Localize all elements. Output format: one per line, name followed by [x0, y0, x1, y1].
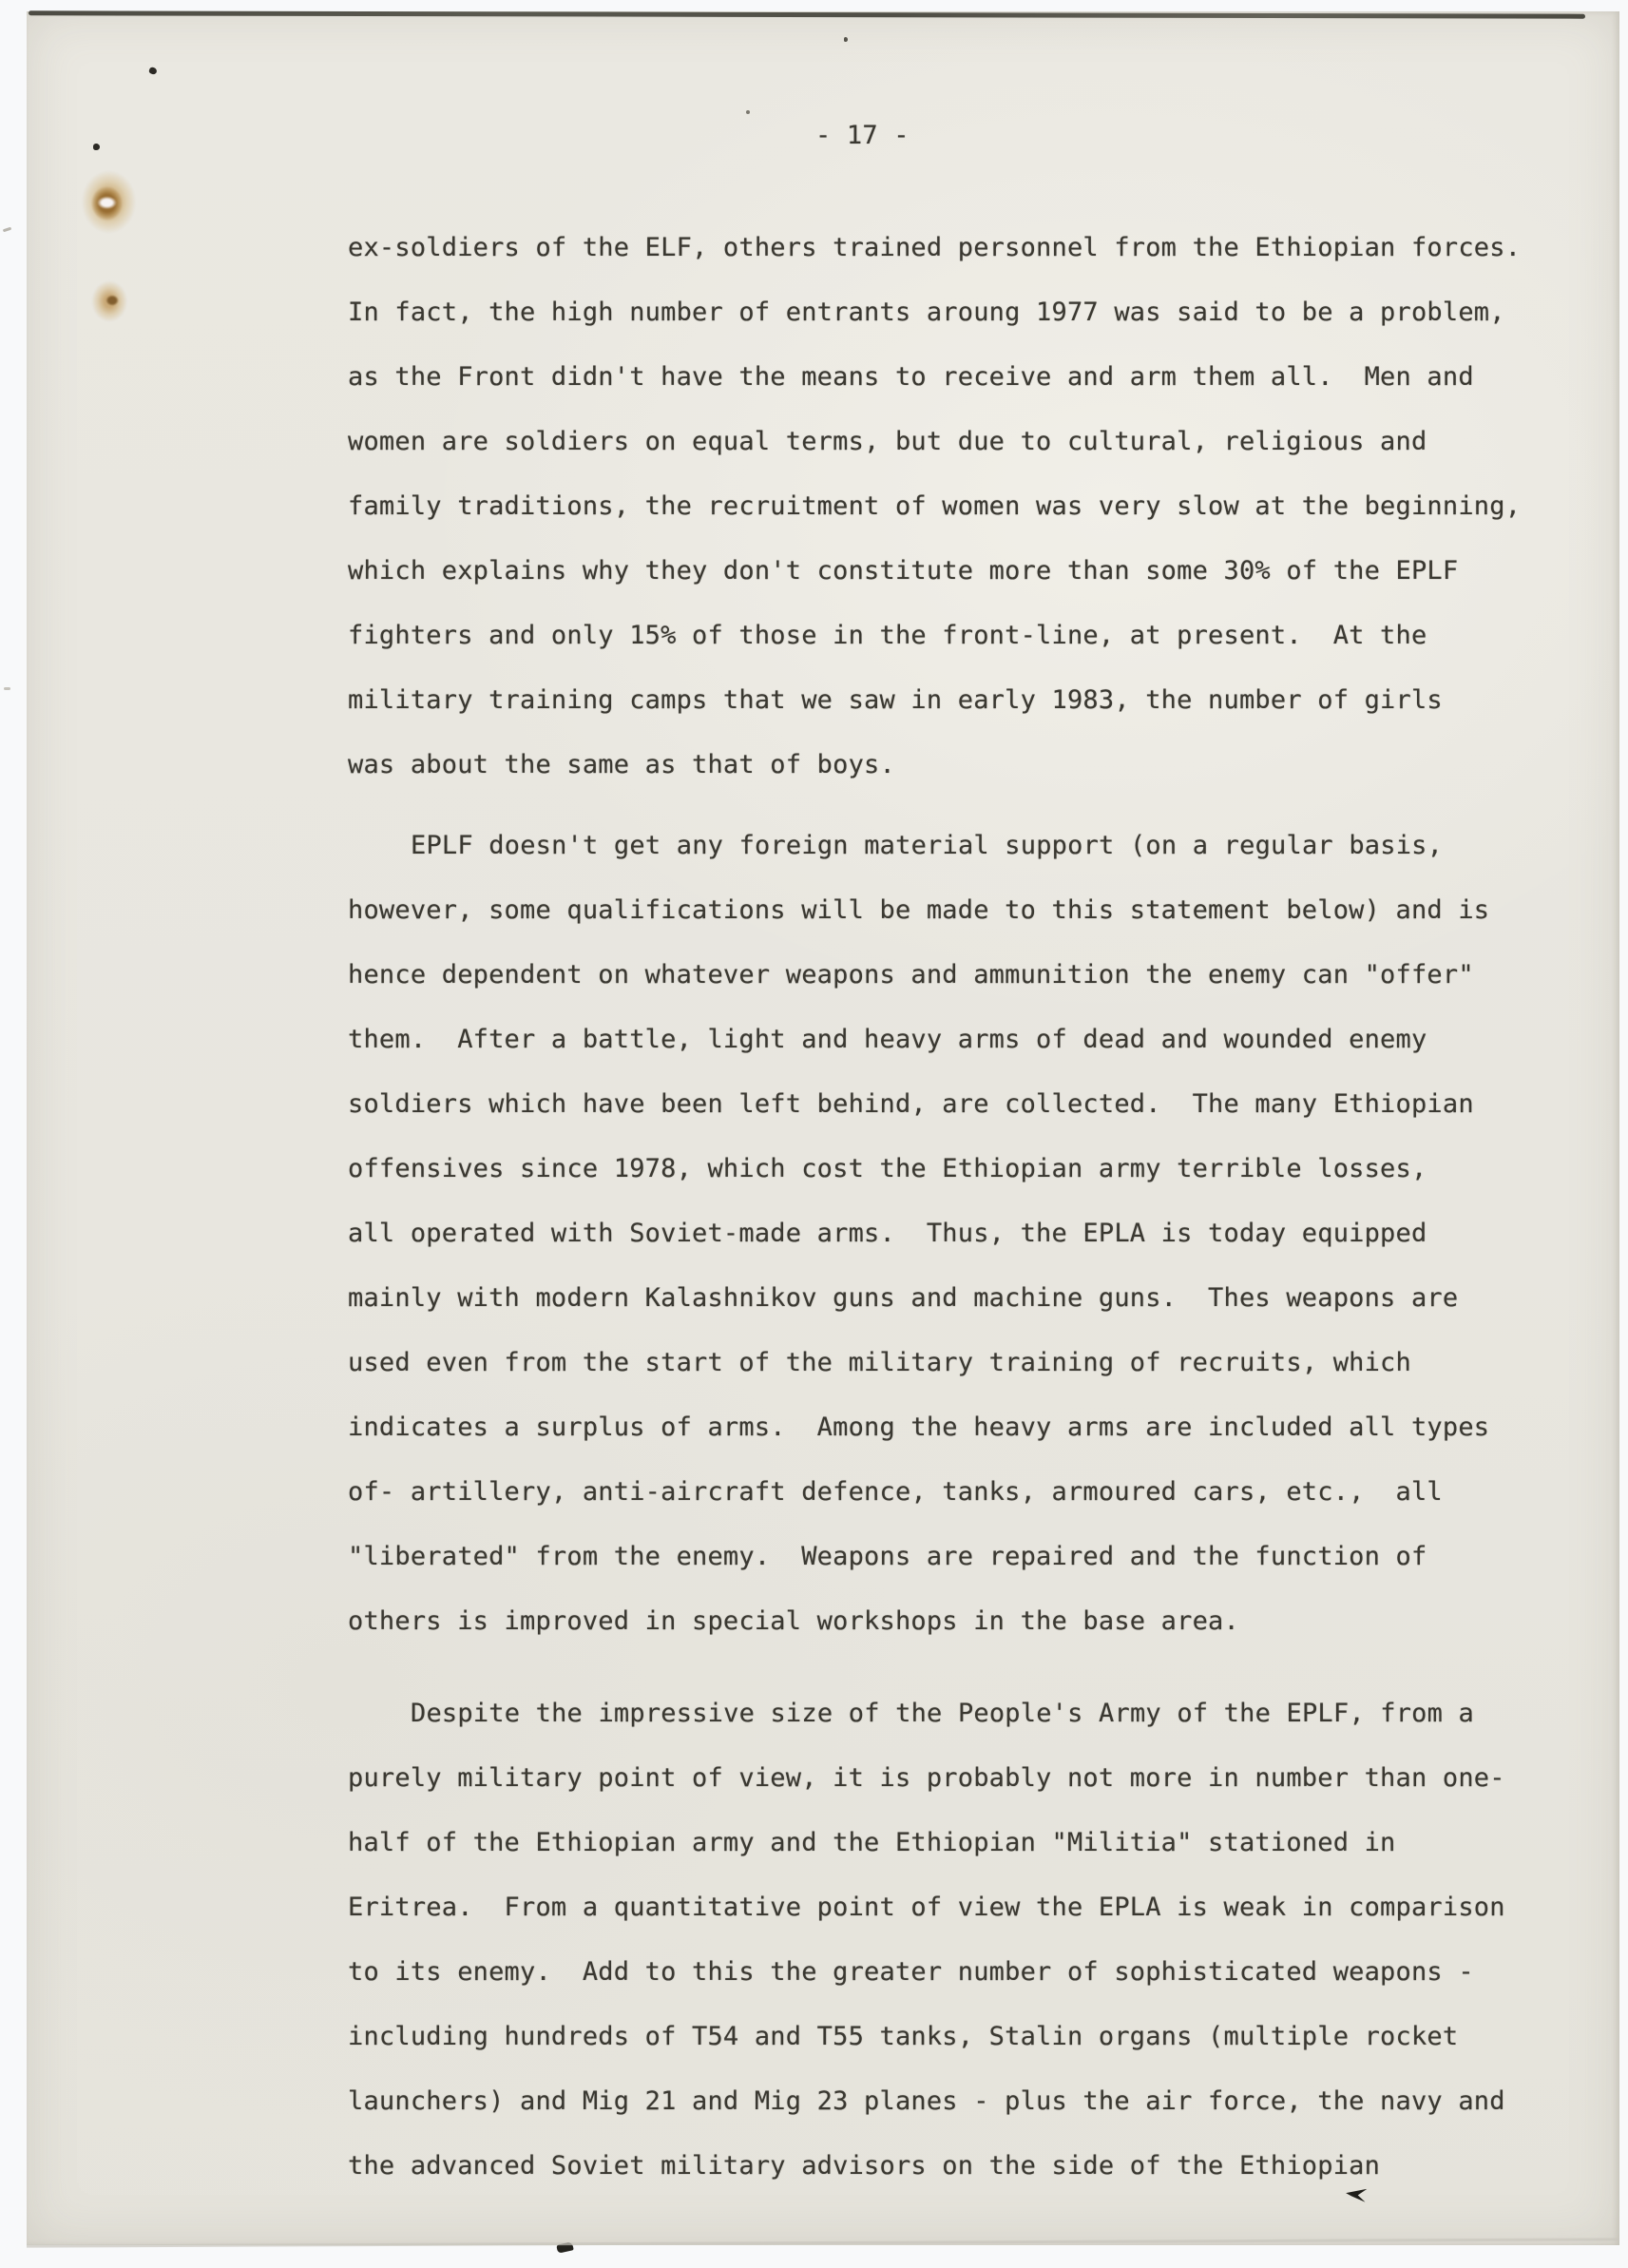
page-number: - 17 - [815, 104, 910, 168]
ink-speck [93, 144, 100, 150]
ink-speck [148, 67, 158, 75]
burn-stain-small [90, 279, 130, 324]
margin-speck [3, 227, 11, 233]
paragraph-1: ex-soldiers of the ELF, others trained p… [348, 216, 1521, 798]
margin-speck [4, 687, 10, 690]
scanned-page: - 17 - ex-soldiers of the ELF, others tr… [27, 11, 1619, 2245]
paragraph-2: EPLF doesn't get any foreign material su… [348, 814, 1489, 1654]
ink-speck [844, 37, 848, 42]
paragraph-3: Despite the impressive size of the Peopl… [348, 1682, 1505, 2199]
ink-speck [746, 110, 750, 114]
burn-stain-large [78, 166, 140, 238]
